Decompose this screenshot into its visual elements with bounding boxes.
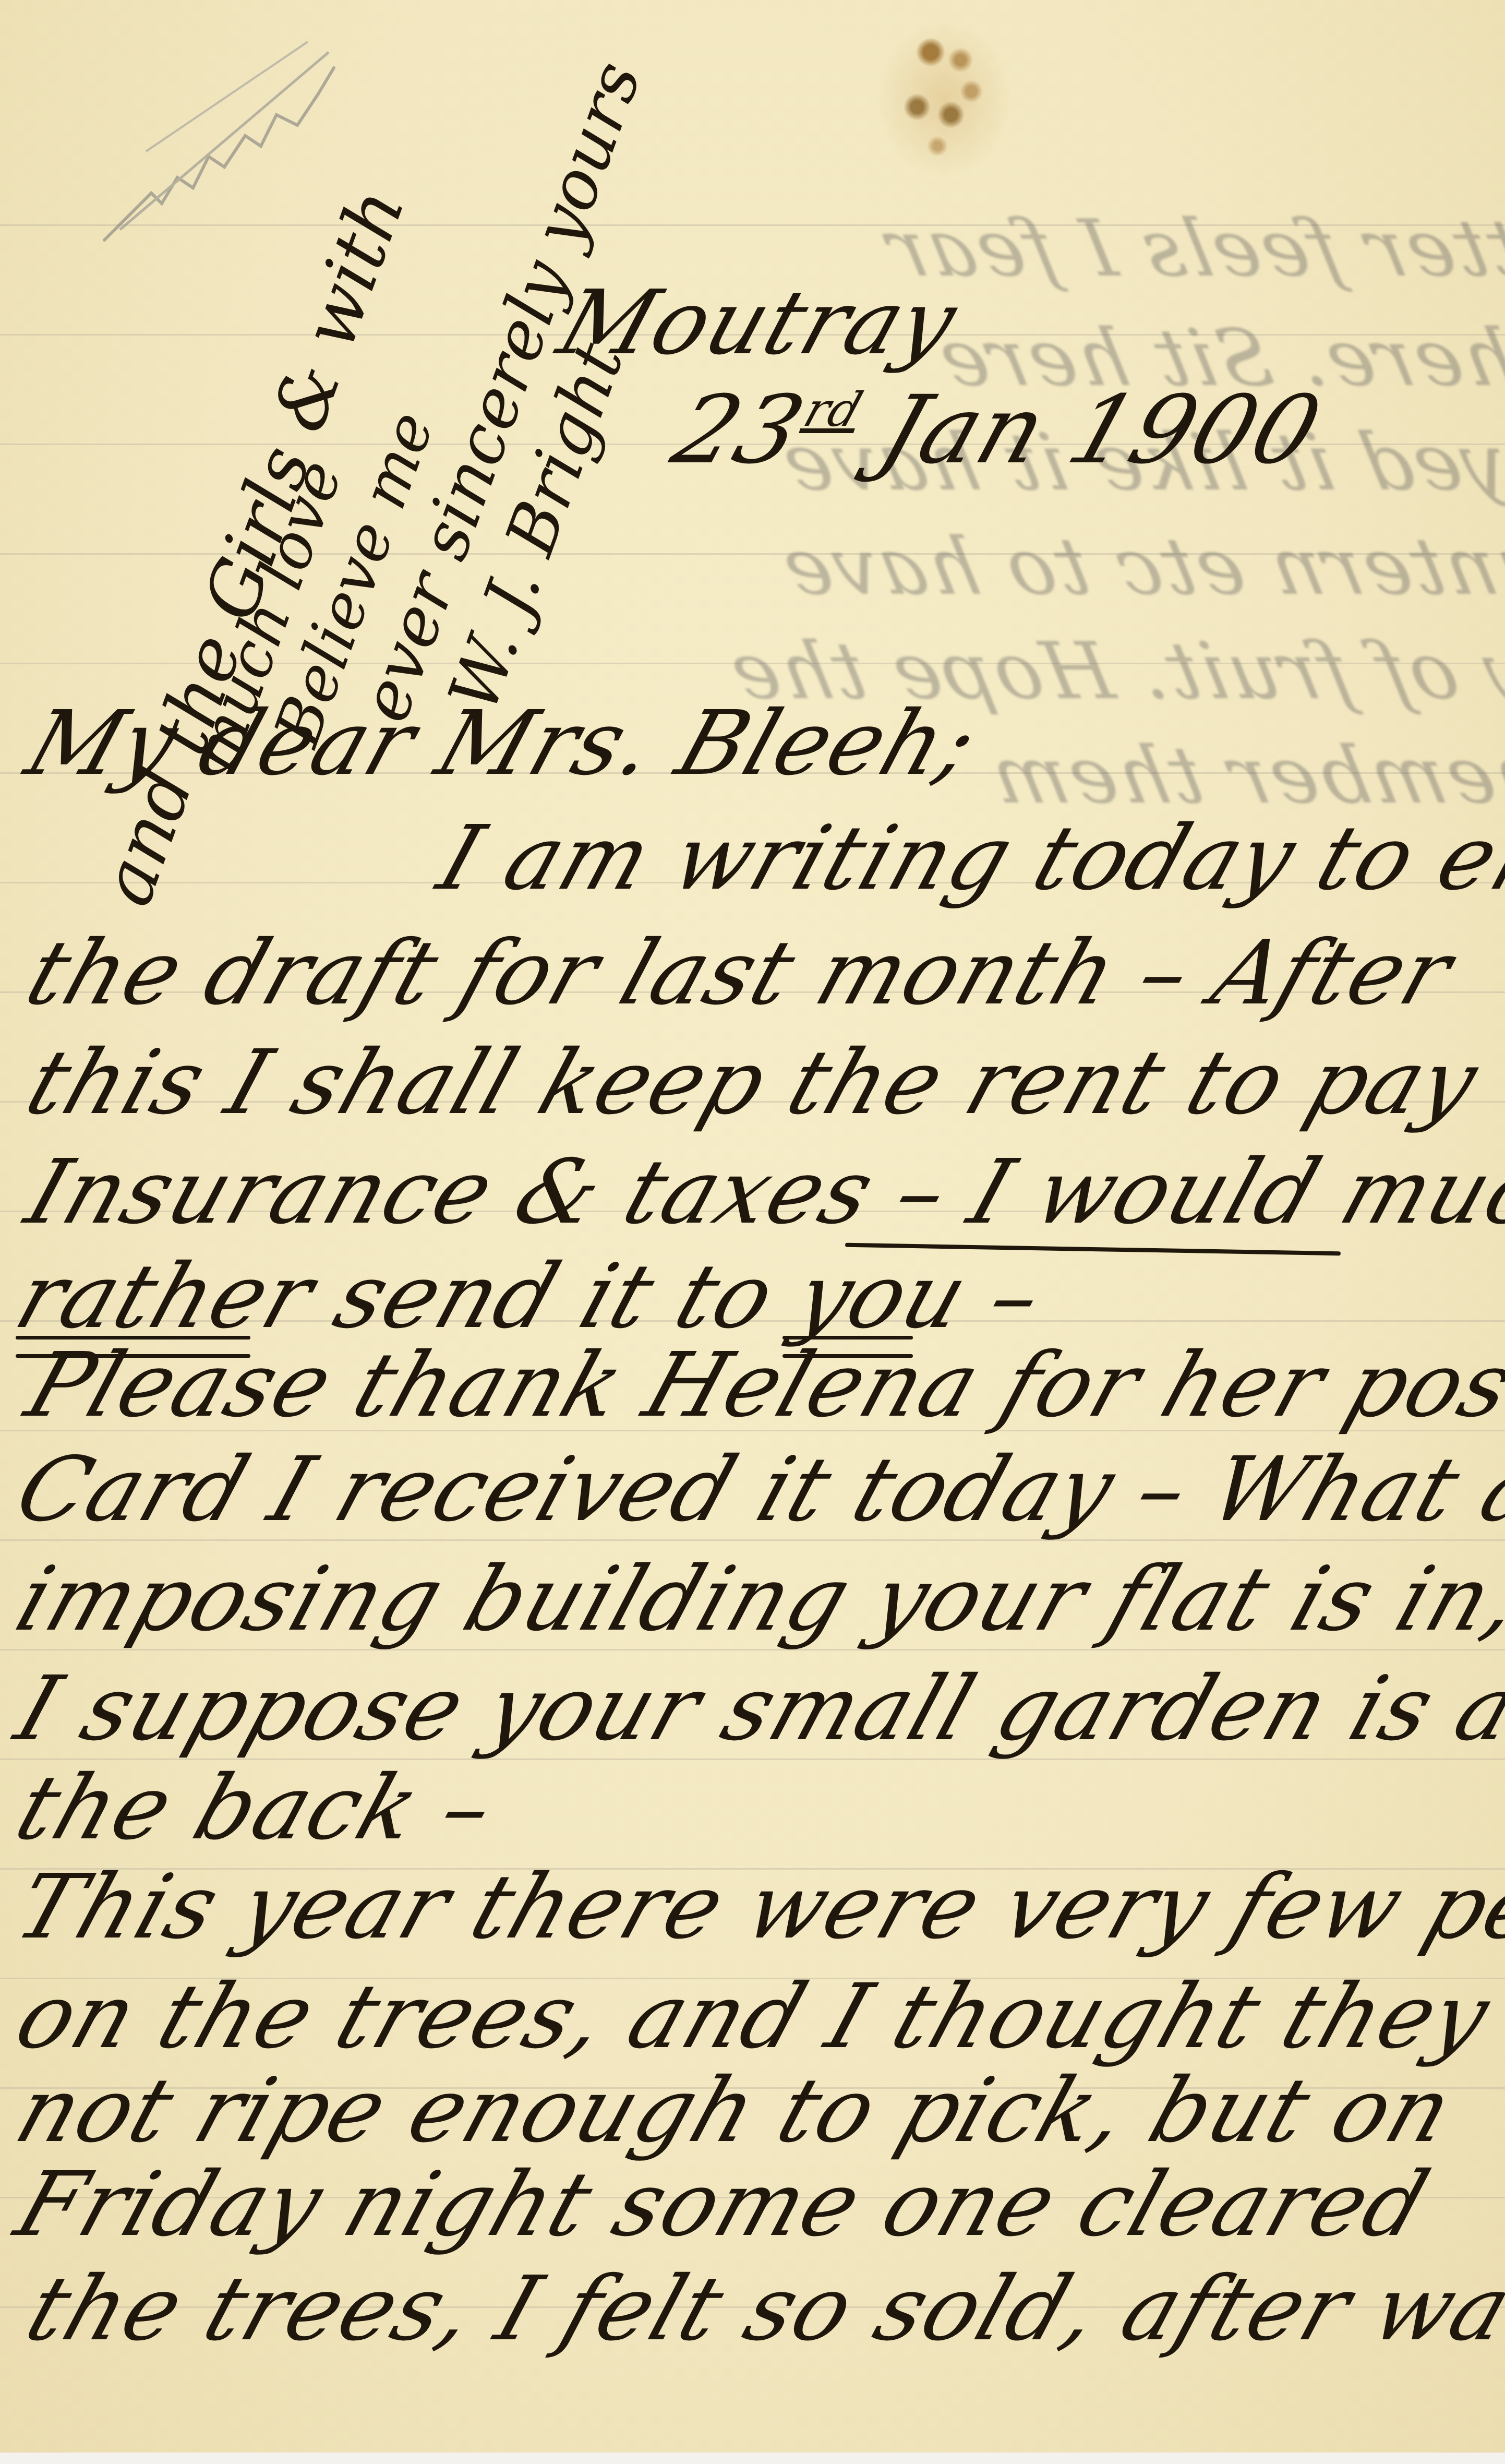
body-line: imposing building your flat is in, [6, 1555, 1505, 1644]
body-line: this I shall keep the rent to pay [17, 1038, 1488, 1127]
underline-mark [16, 1354, 250, 1358]
scan-border [0, 2453, 1505, 2464]
body-line: Insurance & taxes – I would much [17, 1148, 1505, 1237]
body-line: the back – [6, 1764, 504, 1852]
foxing-stain [876, 21, 1012, 177]
date-rest: Jan 1900 [868, 376, 1334, 485]
letter-page: Say your letter feels I fear here. Sit h… [0, 0, 1505, 2453]
bleed-through-line: Say your letter feels I fear [877, 204, 1505, 294]
letter-date: 23rd Jan 1900 [660, 376, 1334, 485]
body-line: the draft for last month – After [17, 929, 1462, 1018]
body-line: not ripe enough to pick, but on [6, 2066, 1463, 2155]
body-line: Card I received it today – What an [6, 1445, 1505, 1534]
underline-mark [16, 1336, 250, 1339]
body-line: the trees, I felt so sold, after watchin… [17, 2265, 1505, 2353]
body-text: Insurance & taxes – I would much [15, 1141, 1505, 1244]
body-line: I suppose your small garden is at [6, 1665, 1505, 1753]
date-day: 23 [660, 376, 817, 485]
body-line: Friday night some one cleared [6, 2160, 1439, 2249]
body-line: This year there were very few pears [6, 1863, 1505, 1952]
body-line: on the trees, and I thought they were [6, 1972, 1505, 2061]
bleed-through-line: bought lantern etc to have [773, 522, 1505, 613]
salutation: My dear Mrs. Bleeh; [17, 699, 988, 788]
underline-mark [782, 1354, 913, 1358]
pencil-scribble-icon [89, 21, 350, 282]
body-line: rather send it to you – [6, 1252, 1053, 1341]
letter-place: Moutray [547, 271, 970, 375]
underline-mark [782, 1336, 913, 1339]
body-line: I am writing today to enclose [429, 814, 1505, 903]
